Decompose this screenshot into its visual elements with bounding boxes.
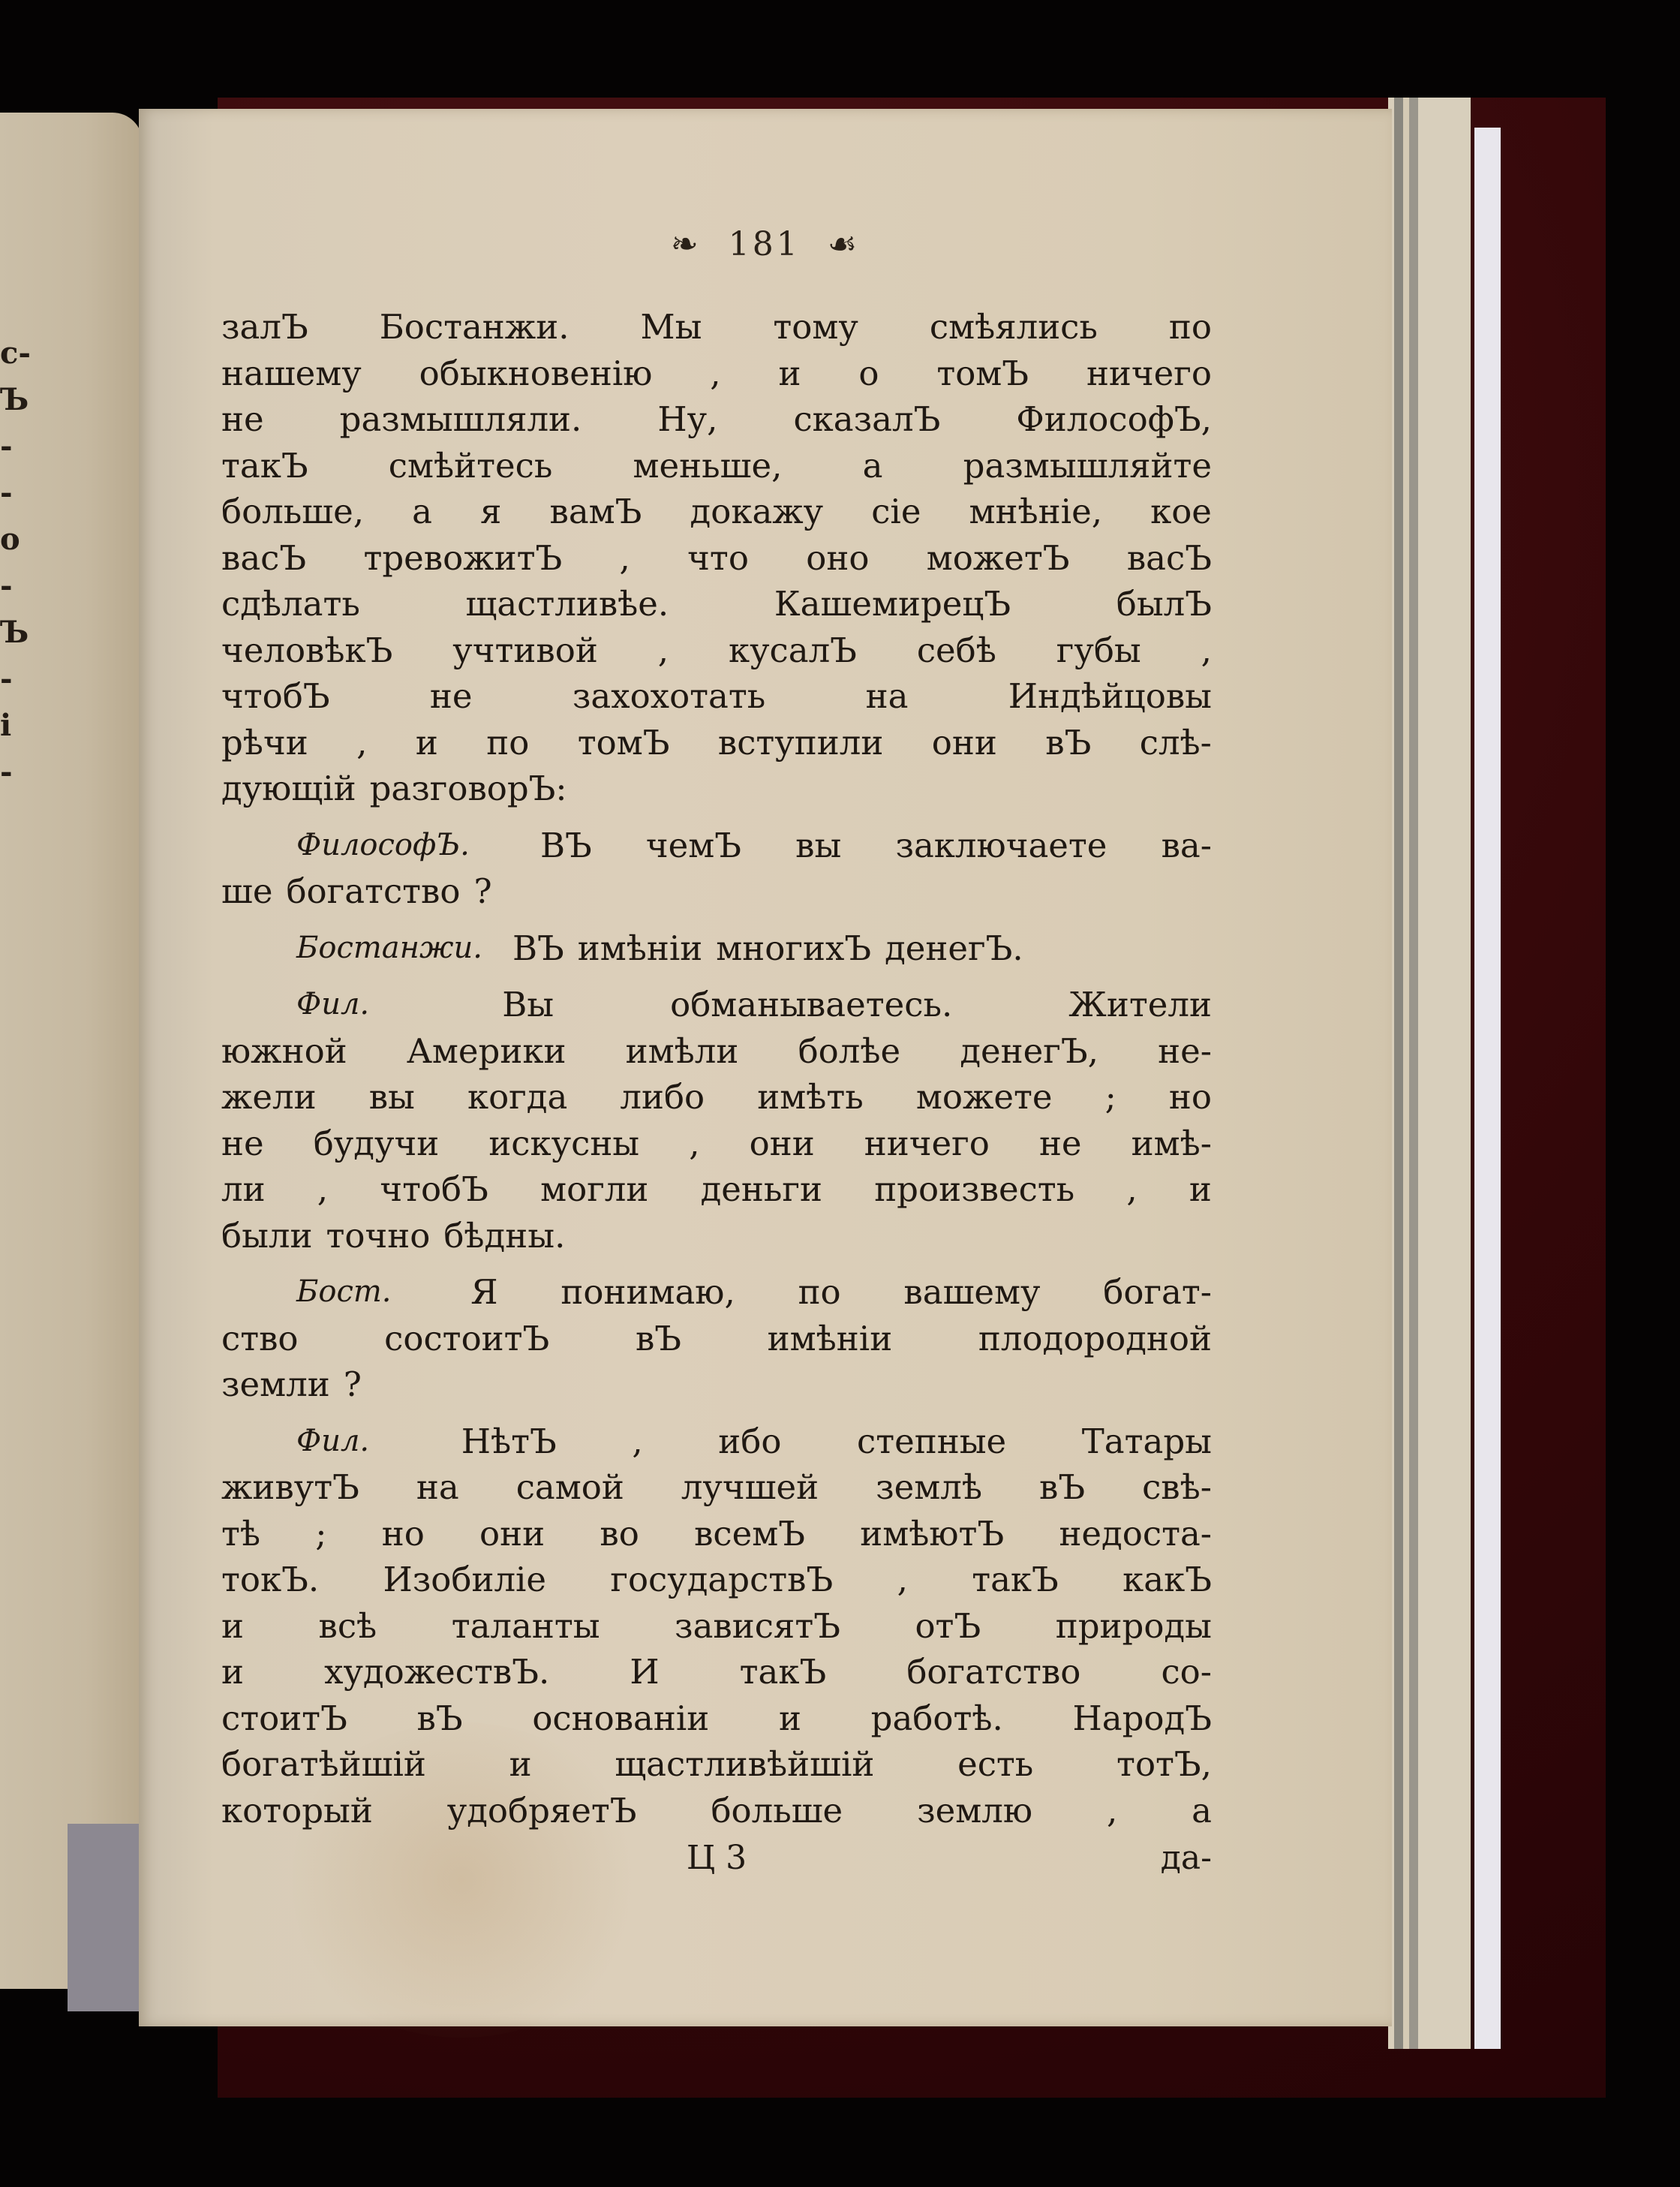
word: не [430, 673, 473, 720]
word: вЪ [636, 1316, 681, 1362]
word: имѣть [757, 1074, 864, 1121]
text-line: тѣ;ноонивовсемЪимѣютЪнедоста- [221, 1511, 1212, 1557]
word: , [1126, 1166, 1137, 1213]
word: на [416, 1464, 459, 1511]
left-page: с-Ъ--о-Ъ-і- [0, 113, 143, 1989]
word: вамЪ [550, 489, 642, 535]
word: ФилософЪ, [1016, 396, 1212, 443]
word: НародЪ [1073, 1695, 1212, 1742]
endpaper-edge [1474, 128, 1501, 2049]
word: а [1192, 1788, 1212, 1834]
word: ВЪ [540, 823, 592, 869]
word: и [1189, 1166, 1212, 1213]
word: , [620, 535, 630, 582]
word: либо [620, 1074, 705, 1121]
right-page: ❧ 181 ☙ залЪБостанжи.Мытомусмѣялисьпонаш… [139, 109, 1392, 2026]
text-line: ФилософЪ.ВЪчемЪвызаключаетева- [221, 823, 1212, 869]
word: , [356, 720, 367, 766]
word: многихЪ [716, 925, 871, 972]
word: , [710, 350, 720, 397]
word: всѣ [319, 1603, 377, 1650]
word: они [750, 1121, 815, 1167]
word: тотЪ, [1116, 1741, 1212, 1788]
text-line: васЪтревожитЪ,чтоономожетЪвасЪ [221, 535, 1212, 582]
text-line: ихудожествЪ.ИтакЪбогатствосо- [221, 1649, 1212, 1695]
word: сіе [871, 489, 921, 535]
word: плодородной [978, 1316, 1212, 1362]
left-page-fragment: і [0, 702, 23, 749]
word: ВЪ [512, 925, 564, 972]
word: произвесть [874, 1166, 1074, 1213]
word: имѣ- [1132, 1121, 1212, 1167]
word: томЪ [578, 720, 670, 766]
word: что [687, 535, 749, 582]
word: основаніи [532, 1695, 709, 1742]
word: васЪ [1127, 535, 1212, 582]
text-line: больше,аявамЪдокажусіемнѣніе,кое [221, 489, 1212, 535]
word: смѣйтесь [389, 443, 553, 489]
catchword: да- [1161, 1839, 1212, 1877]
word: денегЪ. [885, 925, 1023, 972]
word: ? [344, 1361, 362, 1408]
word: и [778, 350, 801, 397]
word: есть [957, 1741, 1033, 1788]
word: кусалЪ [729, 627, 857, 674]
word: деньги [701, 1166, 822, 1213]
left-page-fragment: Ъ [0, 609, 23, 656]
word: обыкновенію [419, 350, 653, 397]
word: ли [221, 1166, 266, 1213]
word: больше, [221, 489, 364, 535]
text-line: ли,чтобЪмоглиденьгипроизвесть,и [221, 1166, 1212, 1213]
word: НѣтЪ [461, 1418, 557, 1465]
word: не [1039, 1121, 1082, 1167]
word: разговорЪ: [370, 766, 567, 812]
word: , [1107, 1788, 1117, 1834]
word: вашему [903, 1269, 1040, 1316]
word: будучи [314, 1121, 440, 1167]
word: себѣ [917, 627, 996, 674]
word: и [221, 1603, 244, 1650]
page-body-text: залЪБостанжи.Мытомусмѣялисьпонашемуобыкн… [221, 304, 1212, 1834]
word: Америки [407, 1028, 567, 1075]
word: КашемирецЪ [774, 581, 1011, 627]
word: работѣ. [871, 1695, 1003, 1742]
word: нашему [221, 350, 362, 397]
left-page-fragment: - [0, 563, 23, 609]
word: Я [470, 1269, 497, 1316]
ornament-right-icon: ☙ [828, 225, 860, 263]
text-line: земли? [221, 1361, 1212, 1408]
word: богатство [906, 1649, 1080, 1695]
left-page-fragment: - [0, 470, 23, 516]
word: богат- [1103, 1269, 1212, 1316]
word: чтобЪ [221, 673, 330, 720]
text-line: человѣкЪучтивой,кусалЪсебѣгубы, [221, 627, 1212, 674]
word: мнѣніе, [969, 489, 1102, 535]
word: землѣ [876, 1464, 982, 1511]
word: такЪ [972, 1557, 1059, 1603]
word: меньше, [633, 443, 783, 489]
word: Татары [1082, 1418, 1212, 1465]
word: богатство [286, 868, 460, 915]
page-stack-edges [1388, 98, 1471, 2049]
text-line: рѣчи,ипотомЪвступилионивЪслѣ- [221, 720, 1212, 766]
word: богатѣйшій [221, 1741, 426, 1788]
text-line: неразмышляли.Ну,сказалЪФилософЪ, [221, 396, 1212, 443]
word: а [412, 489, 432, 535]
word: они [479, 1511, 545, 1557]
left-page-fragment: - [0, 749, 23, 796]
text-line: живутЪнасамойлучшейземлѣвЪсвѣ- [221, 1464, 1212, 1511]
word: щастливѣе. [465, 581, 669, 627]
word: И [630, 1649, 659, 1695]
speaker-label: ФилософЪ. [296, 823, 470, 869]
text-line: сдѣлатьщастливѣе.КашемирецЪбылЪ [221, 581, 1212, 627]
word: чтобЪ [380, 1166, 488, 1213]
word: лучшей [681, 1464, 819, 1511]
signature-mark: Ц 3 [221, 1839, 1212, 1877]
word: природы [1056, 1603, 1212, 1650]
word: государствЪ [610, 1557, 833, 1603]
word: имѣніи [768, 1316, 893, 1362]
word: бѣдны. [443, 1213, 565, 1259]
word: Мы [641, 304, 702, 350]
word: тѣ [221, 1511, 260, 1557]
word: не [221, 1121, 264, 1167]
page-header: ❧ 181 ☙ [139, 225, 1392, 263]
word: сказалЪ [793, 396, 940, 443]
word: по [486, 720, 529, 766]
word: точно [326, 1213, 431, 1259]
word: живутЪ [221, 1464, 359, 1511]
word: ничего [864, 1121, 990, 1167]
word: сдѣлать [221, 581, 360, 627]
word: и [221, 1649, 244, 1695]
word: , [1201, 627, 1212, 674]
left-page-fragment: о [0, 516, 23, 563]
word: размышляйте [963, 443, 1212, 489]
word: самой [516, 1464, 624, 1511]
speaker-label: Фил. [296, 982, 369, 1028]
word: ничего [1086, 350, 1212, 397]
text-line: такЪсмѣйтесьменьше,аразмышляйте [221, 443, 1212, 489]
text-line: Фил.Выобманываетесь.Жители [221, 982, 1212, 1028]
text-line: Бост.Японимаю,повашемубогат- [221, 1269, 1212, 1316]
word: искусны [488, 1121, 639, 1167]
word: былЪ [1116, 581, 1212, 627]
word: оно [806, 535, 869, 582]
word: степные [857, 1418, 1006, 1465]
word: заключаете [895, 823, 1107, 869]
word: имѣютЪ [860, 1511, 1004, 1557]
word: размышляли. [340, 396, 582, 443]
word: вЪ [417, 1695, 463, 1742]
word: томЪ [936, 350, 1029, 397]
word: Изобиліе [383, 1557, 546, 1603]
word: такЪ [740, 1649, 827, 1695]
text-line: шебогатство? [221, 868, 1212, 915]
text-line: Бостанжи.ВЪимѣніимногихЪденегЪ. [221, 925, 1212, 972]
word: залЪ [221, 304, 308, 350]
text-line: южнойАмерикиимѣлиболѣеденегЪ,не- [221, 1028, 1212, 1075]
text-line: желивыкогдалибоимѣтьможете;но [221, 1074, 1212, 1121]
word: но [1169, 1074, 1212, 1121]
word: могли [540, 1166, 648, 1213]
word: жели [221, 1074, 317, 1121]
ornament-left-icon: ❧ [671, 225, 702, 263]
text-line: ствосостоитЪвЪимѣніиплодородной [221, 1316, 1212, 1362]
word: васЪ [221, 535, 306, 582]
word: денегЪ, [960, 1028, 1098, 1075]
word: по [1169, 304, 1212, 350]
word: были [221, 1213, 313, 1259]
word: земли [221, 1361, 330, 1408]
word: обманываетесь. [670, 982, 952, 1028]
word: рѣчи [221, 720, 308, 766]
word: щастливѣйшій [615, 1741, 874, 1788]
word: имѣніи [578, 925, 703, 972]
word: , [689, 1121, 699, 1167]
text-line: дующійразговорЪ: [221, 766, 1212, 812]
text-line: которыйудобряетЪбольшеземлю,а [221, 1788, 1212, 1834]
word: понимаю, [561, 1269, 735, 1316]
word: ибо [718, 1418, 781, 1465]
word: на [866, 673, 909, 720]
word: такЪ [221, 443, 308, 489]
word: губы [1056, 627, 1141, 674]
word: ше [221, 868, 272, 915]
word: тревожитЪ [363, 535, 562, 582]
word: они [932, 720, 997, 766]
text-line: былиточнобѣдны. [221, 1213, 1212, 1259]
text-line: небудучиискусны,ониничегонеимѣ- [221, 1121, 1212, 1167]
word: вступили [718, 720, 883, 766]
left-page-fragment: Ъ [0, 377, 23, 423]
word: можетЪ [927, 535, 1070, 582]
word: вЪ [1045, 720, 1091, 766]
word: человѣкЪ [221, 627, 392, 674]
left-page-fragment: - [0, 423, 23, 470]
word: зависятЪ [675, 1603, 840, 1650]
speaker-label: Бостанжи. [296, 925, 482, 972]
word: ; [1105, 1074, 1116, 1121]
word: таланты [452, 1603, 600, 1650]
word: южной [221, 1028, 347, 1075]
word: вы [369, 1074, 415, 1121]
word: Жители [1068, 982, 1212, 1028]
page-number: 181 [729, 225, 801, 263]
word: недоста- [1059, 1511, 1212, 1557]
word: , [658, 627, 669, 674]
word: о [858, 350, 879, 397]
word: я [480, 489, 501, 535]
word: Ну, [657, 396, 717, 443]
word: но [382, 1511, 425, 1557]
word: какЪ [1123, 1557, 1212, 1603]
word: можете [916, 1074, 1053, 1121]
word: , [632, 1418, 642, 1465]
left-page-fragment: - [0, 656, 23, 702]
text-line: Фил.НѣтЪ,ибостепныеТатары [221, 1418, 1212, 1465]
word: ва- [1162, 823, 1212, 869]
word: имѣли [626, 1028, 739, 1075]
word: больше [711, 1788, 843, 1834]
text-line: токЪ.ИзобиліегосударствЪ,такЪкакЪ [221, 1557, 1212, 1603]
word: художествЪ. [324, 1649, 549, 1695]
word: смѣялись [930, 304, 1098, 350]
text-line: богатѣйшійищастливѣйшійестьтотЪ, [221, 1741, 1212, 1788]
word: когда [467, 1074, 567, 1121]
word: учтивой [452, 627, 598, 674]
text-line: ивсѣталантызависятЪотЪприроды [221, 1603, 1212, 1650]
word: токЪ. [221, 1557, 319, 1603]
speaker-label: Фил. [296, 1418, 369, 1465]
word: во [600, 1511, 639, 1557]
word: Вы [502, 982, 554, 1028]
word: болѣе [798, 1028, 901, 1075]
word: тому [773, 304, 858, 350]
word: слѣ- [1140, 720, 1212, 766]
word: землю [917, 1788, 1032, 1834]
word: который [221, 1788, 373, 1834]
word: захохотать [573, 673, 765, 720]
word: ство [221, 1316, 299, 1362]
word: а [863, 443, 883, 489]
word: Индѣйцовы [1008, 673, 1212, 720]
text-line: чтобЪнезахохотатьнаИндѣйцовы [221, 673, 1212, 720]
word: не- [1158, 1028, 1212, 1075]
word: и [416, 720, 438, 766]
word: свѣ- [1142, 1464, 1212, 1511]
word: чемЪ [646, 823, 741, 869]
word: со- [1161, 1649, 1212, 1695]
speaker-label: Бост. [296, 1269, 392, 1316]
text-line: стоитЪвЪоснованіииработѣ.НародЪ [221, 1695, 1212, 1742]
word: вЪ [1039, 1464, 1085, 1511]
text-line: залЪБостанжи.Мытомусмѣялисьпо [221, 304, 1212, 350]
word: ? [473, 868, 491, 915]
word: удобряетЪ [447, 1788, 637, 1834]
word: отЪ [915, 1603, 981, 1650]
word: кое [1150, 489, 1212, 535]
word: докажу [690, 489, 824, 535]
word: ; [315, 1511, 326, 1557]
word: дующій [221, 766, 356, 812]
word: , [317, 1166, 328, 1213]
text-line: нашемуобыкновенію,иотомЪничего [221, 350, 1212, 397]
word: , [897, 1557, 908, 1603]
word: по [798, 1269, 841, 1316]
word: всемЪ [694, 1511, 805, 1557]
word: и [509, 1741, 532, 1788]
word: не [221, 396, 264, 443]
left-page-fragment: с- [0, 330, 23, 377]
word: состоитЪ [384, 1316, 549, 1362]
word: и [779, 1695, 801, 1742]
word: стоитЪ [221, 1695, 347, 1742]
word: вы [795, 823, 841, 869]
word: Бостанжи. [380, 304, 570, 350]
